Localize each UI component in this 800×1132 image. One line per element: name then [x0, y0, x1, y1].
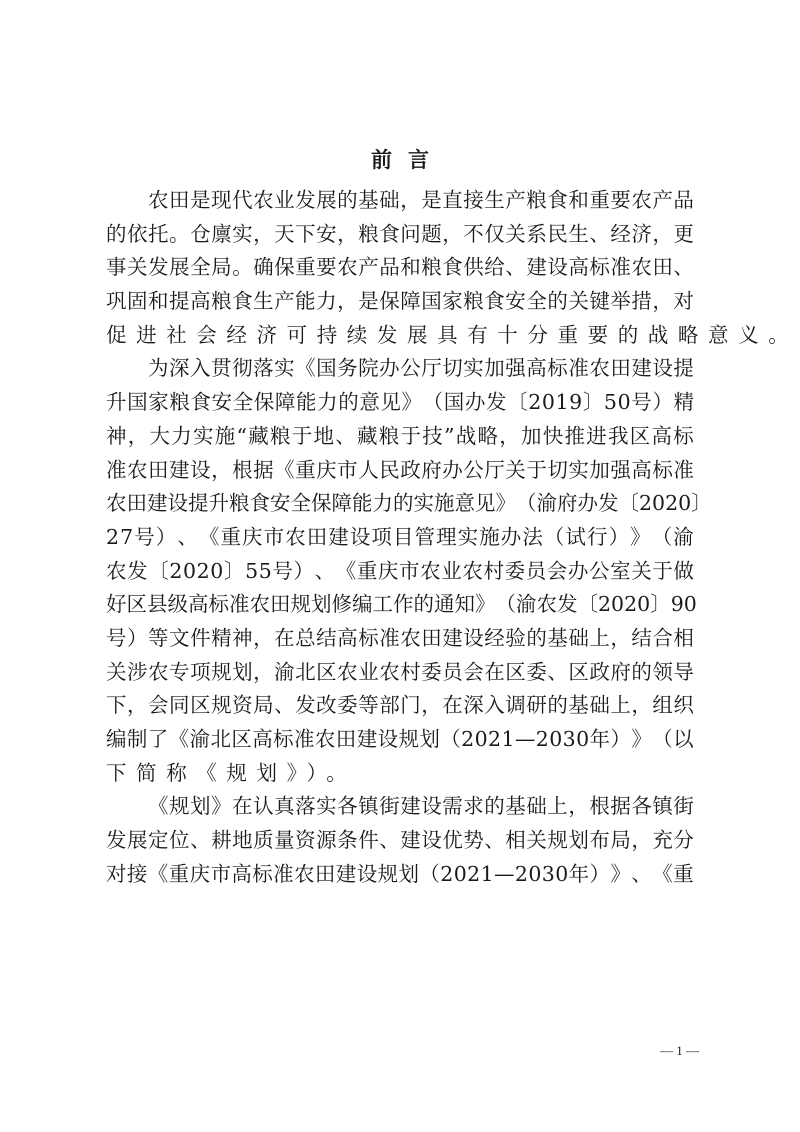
text-line: 神，大力实施“藏粮于地、藏粮于技”战略，加快推进我区高标 — [106, 420, 694, 454]
text-line: 对接《重庆市高标准农田建设规划（2021—2030年）》、《重 — [106, 858, 694, 892]
page-number: — 1 — — [660, 1043, 699, 1059]
text-line: 农田是现代农业发展的基础，是直接生产粮食和重要农产品 — [106, 184, 694, 218]
paragraph-3: 《规划》在认真落实各镇街建设需求的基础上，根据各镇街 发展定位、耕地质量资源条件… — [106, 790, 694, 891]
text-line: 农田建设提升粮食安全保障能力的实施意见》（渝府办发〔2020〕 — [106, 487, 694, 521]
text-line: 关涉农专项规划，渝北区农业农村委员会在区委、区政府的领导 — [106, 656, 694, 690]
text-line: 下简称《规划》）。 — [106, 757, 694, 791]
text-line: 升国家粮食安全保障能力的意见》（国办发〔2019〕50号）精 — [106, 386, 694, 420]
text-line: 事关发展全局。确保重要农产品和粮食供给、建设高标准农田、 — [106, 251, 694, 285]
text-line: 为深入贯彻落实《国务院办公厅切实加强高标准农田建设提 — [106, 352, 694, 386]
text-line: 《规划》在认真落实各镇街建设需求的基础上，根据各镇街 — [106, 790, 694, 824]
text-line: 下，会同区规资局、发改委等部门，在深入调研的基础上，组织 — [106, 689, 694, 723]
paragraph-2: 为深入贯彻落实《国务院办公厅切实加强高标准农田建设提 升国家粮食安全保障能力的意… — [106, 352, 694, 790]
text-line: 号）等文件精神，在总结高标准农田建设经验的基础上，结合相 — [106, 622, 694, 656]
text-line: 的依托。仓廪实，天下安，粮食问题，不仅关系民生、经济，更 — [106, 218, 694, 252]
text-line: 准农田建设，根据《重庆市人民政府办公厅关于切实加强高标准 — [106, 454, 694, 488]
text-line: 促进社会经济可持续发展具有十分重要的战略意义。 — [106, 319, 694, 353]
document-body: 农田是现代农业发展的基础，是直接生产粮食和重要农产品 的依托。仓廪实，天下安，粮… — [106, 184, 694, 891]
paragraph-1: 农田是现代农业发展的基础，是直接生产粮食和重要农产品 的依托。仓廪实，天下安，粮… — [106, 184, 694, 352]
page-title: 前言 — [0, 145, 800, 175]
text-line: 农发〔2020〕55号）、《重庆市农业农村委员会办公室关于做 — [106, 555, 694, 589]
text-line: 巩固和提高粮食生产能力，是保障国家粮食安全的关键举措，对 — [106, 285, 694, 319]
document-page: 前言 农田是现代农业发展的基础，是直接生产粮食和重要农产品 的依托。仓廪实，天下… — [0, 0, 800, 1132]
text-line: 好区县级高标准农田规划修编工作的通知》（渝农发〔2020〕90 — [106, 588, 694, 622]
text-line: 27号）、《重庆市农田建设项目管理实施办法（试行）》（渝 — [106, 521, 694, 555]
text-line: 编制了《渝北区高标准农田建设规划（2021—2030年）》（以 — [106, 723, 694, 757]
text-line: 发展定位、耕地质量资源条件、建设优势、相关规划布局，充分 — [106, 824, 694, 858]
